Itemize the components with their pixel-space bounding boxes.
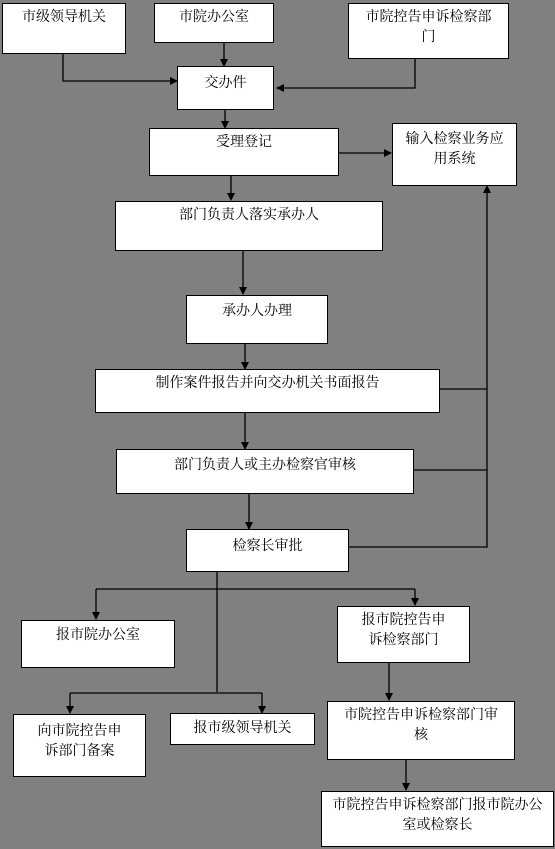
node-complaint-dept-report: 市院控告申诉检察部门报市院办公室或检察长 xyxy=(321,791,554,847)
node-handler-process: 承办人办理 xyxy=(186,295,328,344)
node-city-leadership: 市级领导机关 xyxy=(2,3,126,54)
node-city-office: 市院办公室 xyxy=(154,3,274,43)
node-assign-handler: 部门负责人落实承办人 xyxy=(115,201,383,251)
node-file-complaint-dept: 向市院控告申诉部门备案 xyxy=(13,714,146,777)
node-make-report: 制作案件报告并向交办机关书面报告 xyxy=(95,369,440,413)
node-report-city-office: 报市院办公室 xyxy=(21,620,175,668)
node-dept-review: 部门负责人或主办检察官审核 xyxy=(116,449,414,494)
node-assigned-case: 交办件 xyxy=(177,66,274,110)
node-registration: 受理登记 xyxy=(149,128,339,176)
node-complaint-dept-review: 市院控告申诉检察部门审核 xyxy=(327,701,515,760)
node-report-city-leadership: 报市级领导机关 xyxy=(170,713,315,745)
node-input-system: 输入检察业务应用系统 xyxy=(392,123,517,186)
node-chief-approval: 检察长审批 xyxy=(186,529,349,572)
node-report-complaint-dept: 报市院控告申诉检察部门 xyxy=(337,606,470,663)
node-city-complaint-dept: 市院控告申诉检察部门 xyxy=(348,3,509,59)
